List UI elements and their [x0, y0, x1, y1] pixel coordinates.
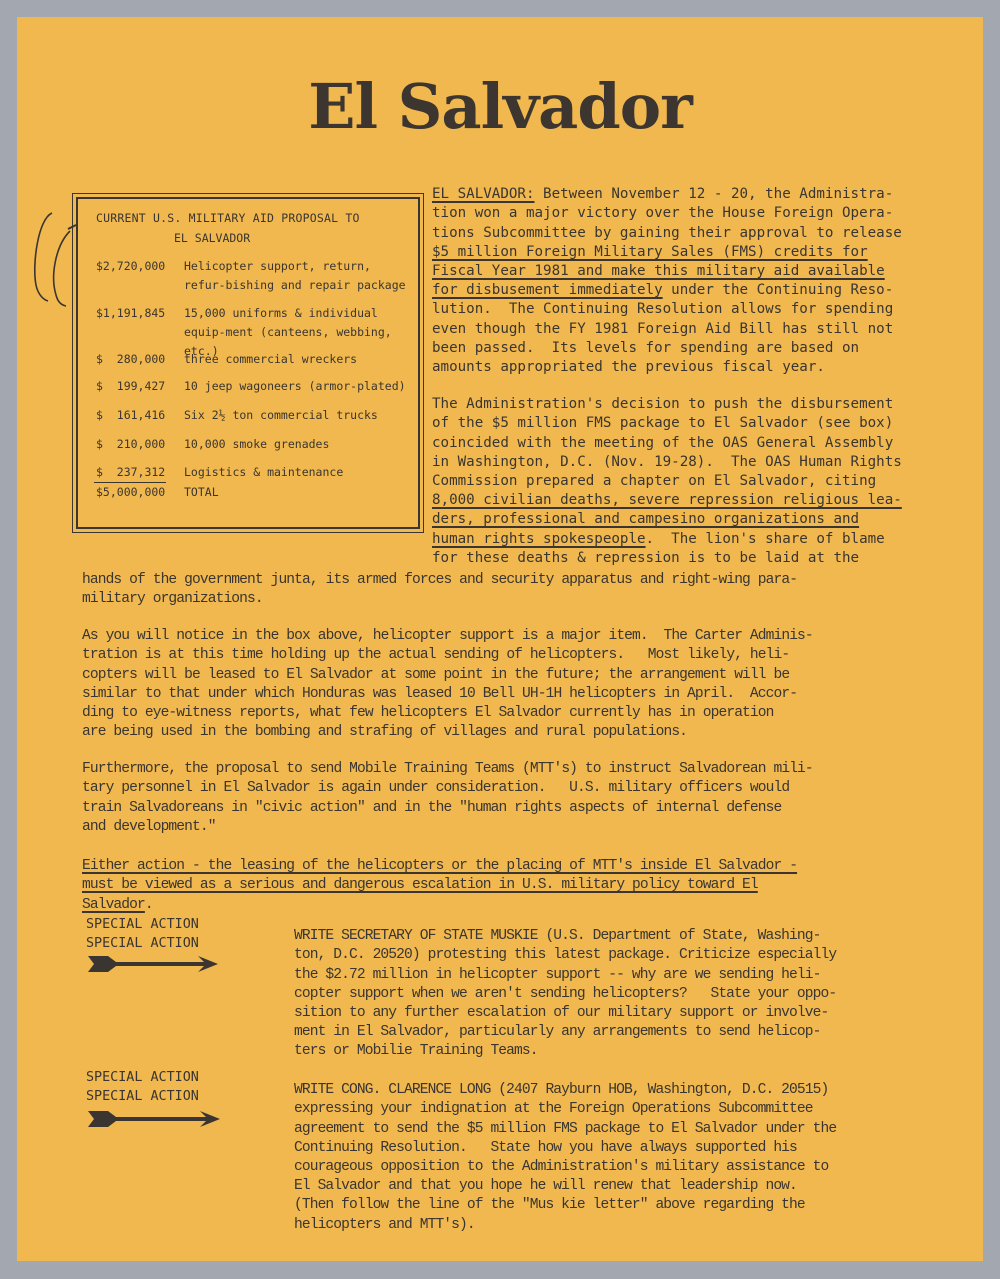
underlined-line: ders, professional and campesino organiz… [432, 511, 859, 527]
special-action-label: SPECIAL ACTION SPECIAL ACTION [86, 1068, 199, 1106]
text-line: (Then follow the line of the "Mus kie le… [294, 1197, 805, 1213]
text-line: similar to that under which Honduras was… [82, 686, 797, 702]
text-line: even though the FY 1981 Foreign Aid Bill… [432, 321, 893, 337]
text-line: train Salvadoreans in "civic action" and… [82, 800, 781, 816]
text-line: tration is at this time holding up the a… [82, 647, 789, 663]
aid-description: three commercial wreckers [184, 350, 410, 369]
text-line: lution. The Continuing Resolution allows… [432, 301, 893, 317]
oas-paragraph-continued: hands of the government junta, its armed… [82, 552, 797, 610]
text-line: Furthermore, the proposal to send Mobile… [82, 761, 813, 777]
warning-paragraph: Either action - the leasing of the helic… [82, 838, 797, 915]
text-line: coincided with the meeting of the OAS Ge… [432, 435, 893, 451]
aid-total-amount: $5,000,000 [96, 483, 176, 502]
text-line: copters will be leased to El Salvador at… [82, 667, 789, 683]
special-action-label: SPECIAL ACTION SPECIAL ACTION [86, 915, 199, 953]
text-line: military organizations. [82, 591, 263, 607]
special-action-text: SPECIAL ACTION [86, 1089, 199, 1104]
mtt-paragraph: Furthermore, the proposal to send Mobile… [82, 741, 813, 837]
text-line: been passed. Its levels for spending are… [432, 340, 859, 356]
text-line: tions Subcommittee by gaining their appr… [432, 225, 902, 241]
aid-description: Logistics & maintenance [184, 463, 410, 482]
text-line: El Salvador and that you hope he will re… [294, 1178, 797, 1194]
aid-amount: $ 237,312 [96, 463, 176, 482]
underlined-line: Salvador [82, 897, 145, 913]
underlined-line: must be viewed as a serious and dangerou… [82, 877, 758, 893]
text-line: As you will notice in the box above, hel… [82, 628, 813, 644]
special-action-text: SPECIAL ACTION [86, 917, 199, 932]
special-action-2-text: WRITE CONG. CLARENCE LONG (2407 Rayburn … [294, 1062, 836, 1235]
aid-total-label: TOTAL [184, 483, 410, 502]
underlined-line: human rights spokespeople [432, 531, 646, 547]
text-line: courageous opposition to the Administrat… [294, 1159, 828, 1175]
intro-paragraph: EL SALVADOR: Between November 12 - 20, t… [432, 166, 902, 377]
underlined-line: Fiscal Year 1981 and make this military … [432, 263, 885, 279]
text-line: Between November 12 - 20, the Administra… [535, 186, 894, 202]
text-line: . [145, 897, 153, 913]
text-line: agreement to send the $5 million FMS pac… [294, 1121, 836, 1137]
aid-amount: $2,720,000 [96, 257, 176, 276]
aid-amount: $ 199,427 [96, 377, 176, 396]
aid-description: Helicopter support, return, refur-bishin… [184, 257, 410, 295]
text-line: tary personnel in El Salvador is again u… [82, 780, 789, 796]
text-line: expressing your indignation at the Forei… [294, 1101, 813, 1117]
arrow-right-icon [86, 1109, 224, 1129]
text-line: copter support when we aren't sending he… [294, 986, 836, 1002]
page-title: El Salvador [0, 70, 1000, 143]
text-line: WRITE CONG. CLARENCE LONG (2407 Rayburn … [294, 1082, 828, 1098]
text-line: of the $5 million FMS package to El Salv… [432, 415, 893, 431]
text-line: tion won a major victory over the House … [432, 205, 893, 221]
text-line: . The lion's share of blame [646, 531, 885, 547]
text-line: Continuing Resolution. State how you hav… [294, 1140, 797, 1156]
special-action-1-text: WRITE SECRETARY OF STATE MUSKIE (U.S. De… [294, 908, 836, 1062]
aid-amount: $ 210,000 [96, 435, 176, 454]
text-line: WRITE SECRETARY OF STATE MUSKIE (U.S. De… [294, 928, 820, 944]
handwritten-bracket-mark [30, 205, 80, 315]
underlined-line: for disbusement immediately [432, 282, 663, 298]
text-line: and development." [82, 819, 216, 835]
helicopter-paragraph: As you will notice in the box above, hel… [82, 608, 813, 742]
aid-description: 10 jeep wagoneers (armor-plated) [184, 377, 410, 396]
aid-amount: $1,191,845 [96, 304, 176, 323]
underlined-line: $5 million Foreign Military Sales (FMS) … [432, 244, 868, 260]
aid-box-heading: CURRENT U.S. MILITARY AID PROPOSAL TO [96, 211, 360, 225]
intro-lead: EL SALVADOR: [432, 186, 535, 202]
military-aid-box: CURRENT U.S. MILITARY AID PROPOSAL TO EL… [76, 197, 420, 529]
text-line: ters or Mobilie Training Teams. [294, 1043, 538, 1059]
aid-description: Six 2½ ton commercial trucks [184, 406, 410, 425]
text-line: ding to eye-witness reports, what few he… [82, 705, 773, 721]
text-line: under the Continuing Reso- [663, 282, 894, 298]
text-line: helicopters and MTT's). [294, 1217, 475, 1233]
text-line: The Administration's decision to push th… [432, 396, 893, 412]
text-line: are being used in the bombing and strafi… [82, 724, 687, 740]
text-line: amounts appropriated the previous fiscal… [432, 359, 825, 375]
aid-amount: $ 161,416 [96, 406, 176, 425]
aid-description: 10,000 smoke grenades [184, 435, 410, 454]
text-line: sition to any further escalation of our … [294, 1005, 828, 1021]
text-line: ton, D.C. 20520) protesting this latest … [294, 947, 836, 963]
underlined-line: Either action - the leasing of the helic… [82, 858, 797, 874]
text-line: in Washington, D.C. (Nov. 19-28). The OA… [432, 454, 902, 470]
aid-amount: $ 280,000 [96, 350, 176, 369]
special-action-text: SPECIAL ACTION [86, 936, 199, 951]
text-line: ment in El Salvador, particularly any ar… [294, 1024, 820, 1040]
arrow-right-icon [86, 954, 222, 974]
underlined-line: 8,000 civilian deaths, severe repression… [432, 492, 902, 508]
text-line: Commission prepared a chapter on El Salv… [432, 473, 876, 489]
oas-paragraph: The Administration's decision to push th… [432, 376, 902, 568]
special-action-text: SPECIAL ACTION [86, 1070, 199, 1085]
text-line: hands of the government junta, its armed… [82, 572, 797, 588]
aid-box-heading-country: EL SALVADOR [174, 231, 250, 245]
text-line: the $2.72 million in helicopter support … [294, 967, 820, 983]
